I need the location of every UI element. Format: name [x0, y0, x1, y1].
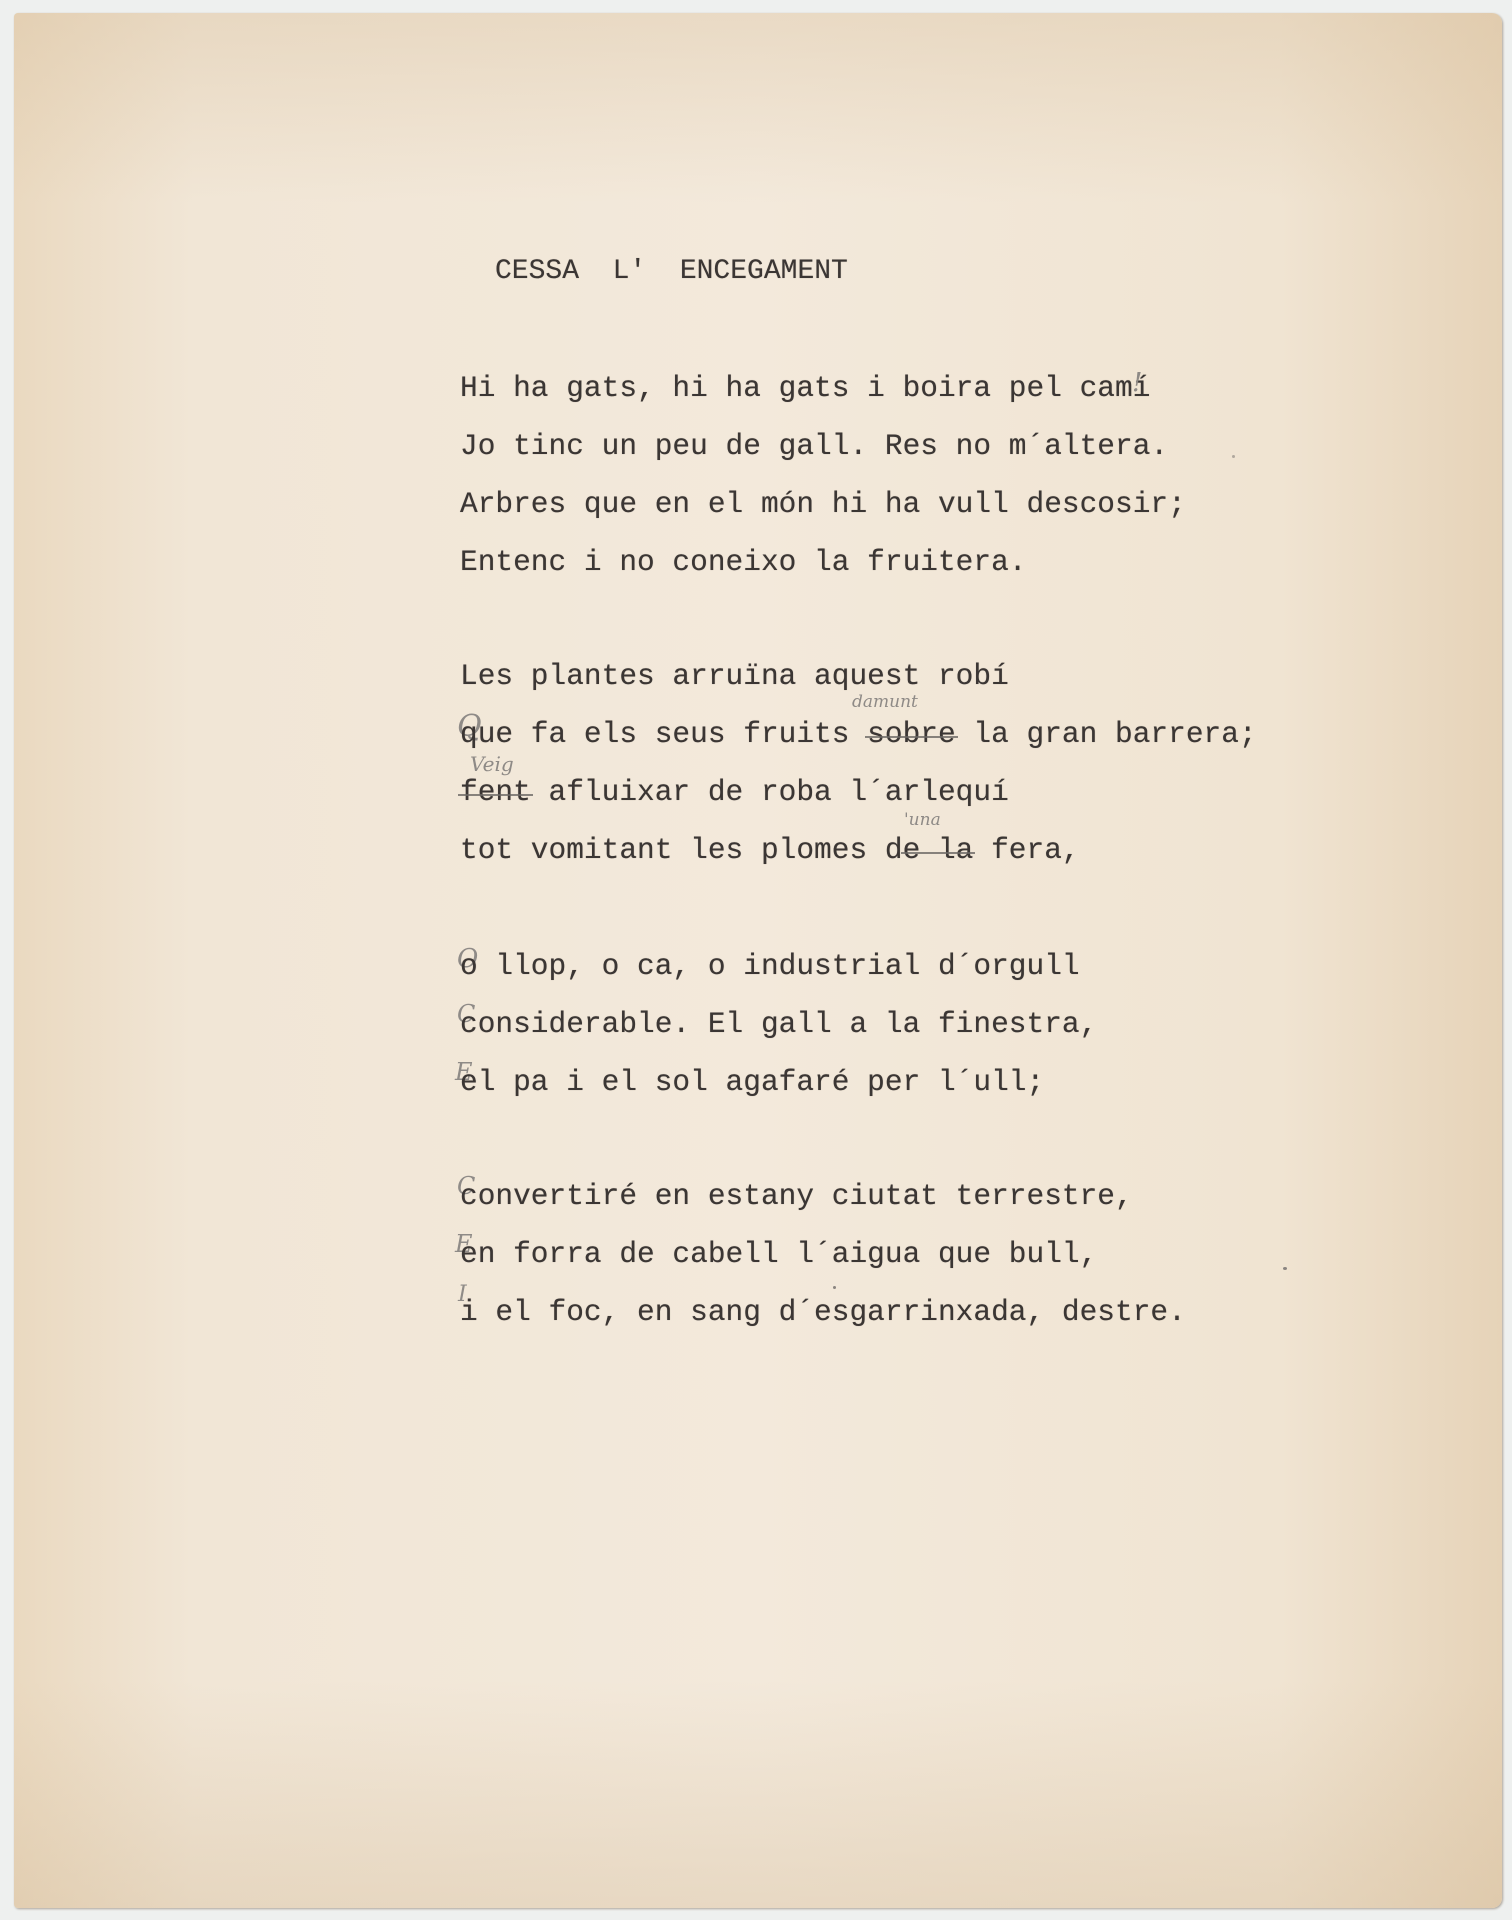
poem-line-14: i el foc, en sang d´esgarrinxada, destre…	[460, 1298, 1186, 1328]
poem-line-8: tot vomitant les plomes de la fera,	[460, 836, 1080, 866]
paper-speck	[833, 1286, 836, 1289]
poem-line-2: Jo tinc un peu de gall. Res no m´altera.	[460, 432, 1168, 462]
handwritten-correction-una: 'una	[904, 812, 941, 829]
poem-line-3: Arbres que en el món hi ha vull descosir…	[460, 490, 1186, 520]
poem-line-1: Hi ha gats, hi ha gats i boira pel camí	[460, 374, 1150, 404]
struck-word: fent	[460, 775, 531, 809]
line-text-after: t robí	[903, 659, 1009, 693]
paper-speck	[1283, 1267, 1287, 1270]
struck-word: sobre	[867, 717, 956, 751]
handwritten-correction-damunt: damunt	[852, 694, 918, 711]
poem-title: CESSA L' ENCEGAMENT	[495, 258, 848, 286]
line-text-before: Les plantes arruïna aques	[460, 659, 903, 693]
struck-word: e la	[903, 833, 974, 867]
poem-line-11: el pa i el sol agafaré per l´ull;	[460, 1068, 1044, 1098]
poem-line-9: o llop, o ca, o industrial d´orgull	[460, 952, 1080, 982]
poem-line-12: convertiré en estany ciutat terrestre,	[460, 1182, 1133, 1212]
handwritten-exclamation: !	[1132, 370, 1142, 396]
poem-line-4: Entenc i no coneixo la fruitera.	[460, 548, 1027, 578]
poem-line-7: fent afluixar de roba l´arlequí	[460, 778, 1009, 808]
line-text-after: afluixar de roba l´arlequí	[531, 775, 1009, 809]
poem-line-10: considerable. El gall a la finestra,	[460, 1010, 1097, 1040]
poem-line-13: en forra de cabell l´aigua que bull,	[460, 1240, 1097, 1270]
line-text-before: que fa els seus fruits	[460, 717, 867, 751]
poem-line-5: Les plantes arruïna aquest robí	[460, 662, 1009, 692]
paper-speck	[1232, 455, 1235, 458]
poem-line-6: que fa els seus fruits sobre la gran bar…	[460, 720, 1257, 750]
line-text-after: fera,	[973, 833, 1079, 867]
handwritten-correction-veig: Veig	[470, 754, 514, 774]
line-text-after: la gran barrera;	[956, 717, 1257, 751]
line-text-before: tot vomitant les plomes d	[460, 833, 903, 867]
